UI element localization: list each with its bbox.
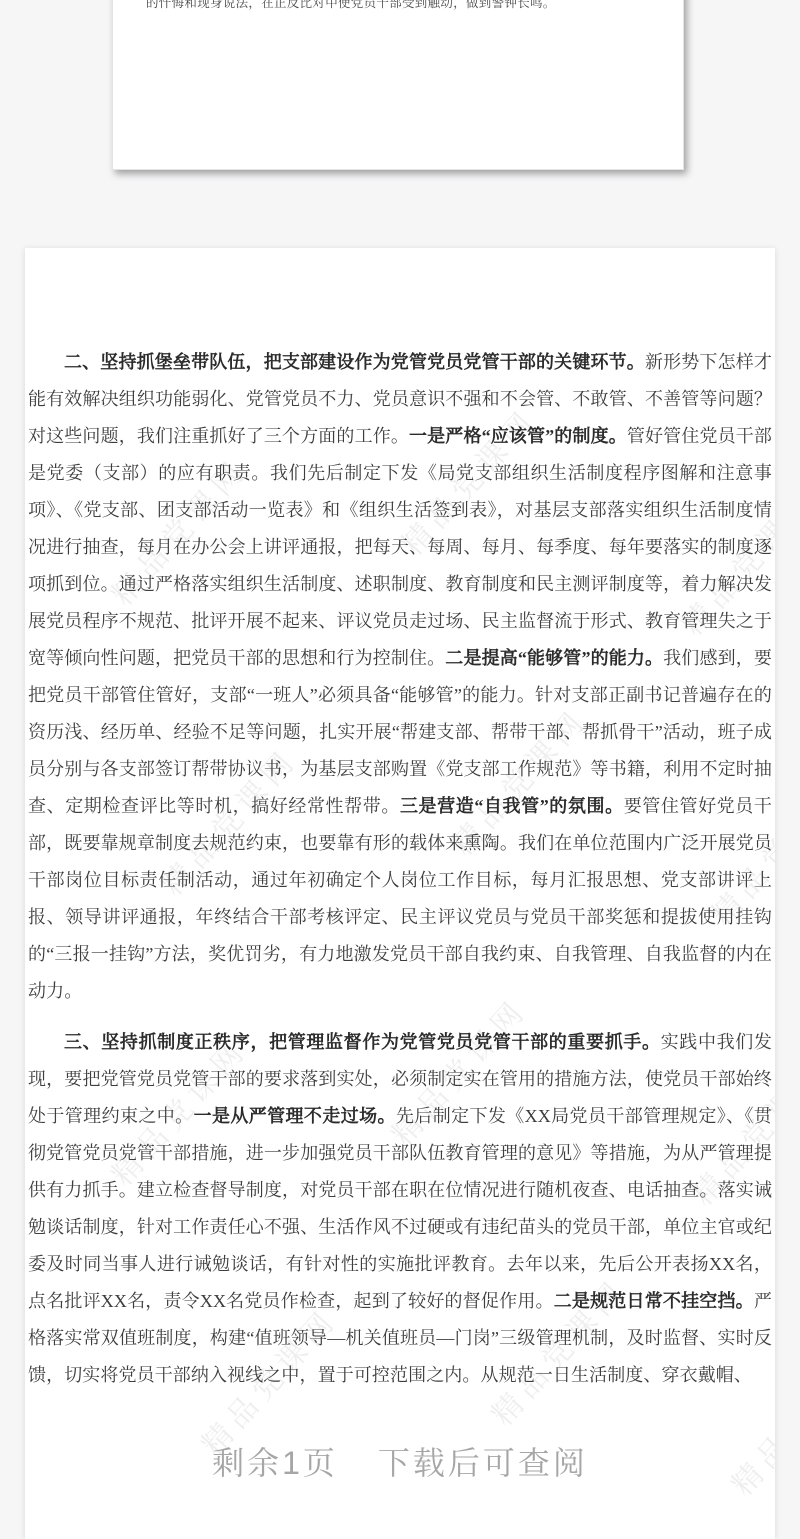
bold-run: 二、坚持抓堡垒带队伍，把支部建设作为党管党员党管干部的关键环节。 <box>64 352 645 372</box>
previous-page-tail-text: 的忏悔和现身说法，在正反比对中使党员干部受到触动，做到警钟长鸣。 <box>146 0 655 12</box>
page-card-previous: 的忏悔和现身说法，在正反比对中使党员干部受到触动，做到警钟长鸣。 <box>112 0 684 170</box>
text-run: 管好管住党员干部是党委（支部）的应有职责。我们先后制定下发《局党支部组织生活制度… <box>28 426 772 668</box>
bold-run: 一是从严管理不走过场。 <box>194 1106 396 1126</box>
paragraph: 二、坚持抓堡垒带队伍，把支部建设作为党管党员党管干部的关键环节。新形势下怎样才能… <box>28 344 772 1010</box>
download-hint-label: 下载后可查阅 <box>378 1445 588 1481</box>
paragraph: 三、坚持抓制度正秩序，把管理监督作为党管党员党管干部的重要抓手。实践中我们发现，… <box>28 1024 772 1394</box>
bold-run: 一是严格“应该管”的制度。 <box>409 426 627 446</box>
preview-footer[interactable]: 剩余1页下载后可查阅 <box>0 1438 800 1484</box>
bold-run: 二是提高“能够管”的能力。 <box>445 648 663 668</box>
bold-run: 二是规范日常不挂空挡。 <box>554 1291 754 1311</box>
document-body: 二、坚持抓堡垒带队伍，把支部建设作为党管党员党管干部的关键环节。新形势下怎样才能… <box>28 344 772 1394</box>
page-card-current: 精品党课网精品党课网精品党课网精品党课网精品党课网精品党课网精品党课网精品党课网… <box>25 248 775 1539</box>
text-run: 要管住管好党员干部，既要靠规章制度去规范约束，也要靠有形的载体来熏陶。我们在单位… <box>28 796 772 1001</box>
text-run: 我们感到，要把党员干部管住管好，支部“一班人”必须具备“能够管”的能力。针对支部… <box>28 648 772 816</box>
bold-run: 三是营造“自我管”的氛围。 <box>400 796 624 816</box>
text-run: 先后制定下发《XX局党员干部管理规定》、《贯彻党管党员党管干部措施，进一步加强党… <box>28 1106 772 1311</box>
remaining-pages-label: 剩余1页 <box>212 1445 338 1481</box>
bold-run: 三、坚持抓制度正秩序，把管理监督作为党管党员党管干部的重要抓手。 <box>64 1032 661 1052</box>
